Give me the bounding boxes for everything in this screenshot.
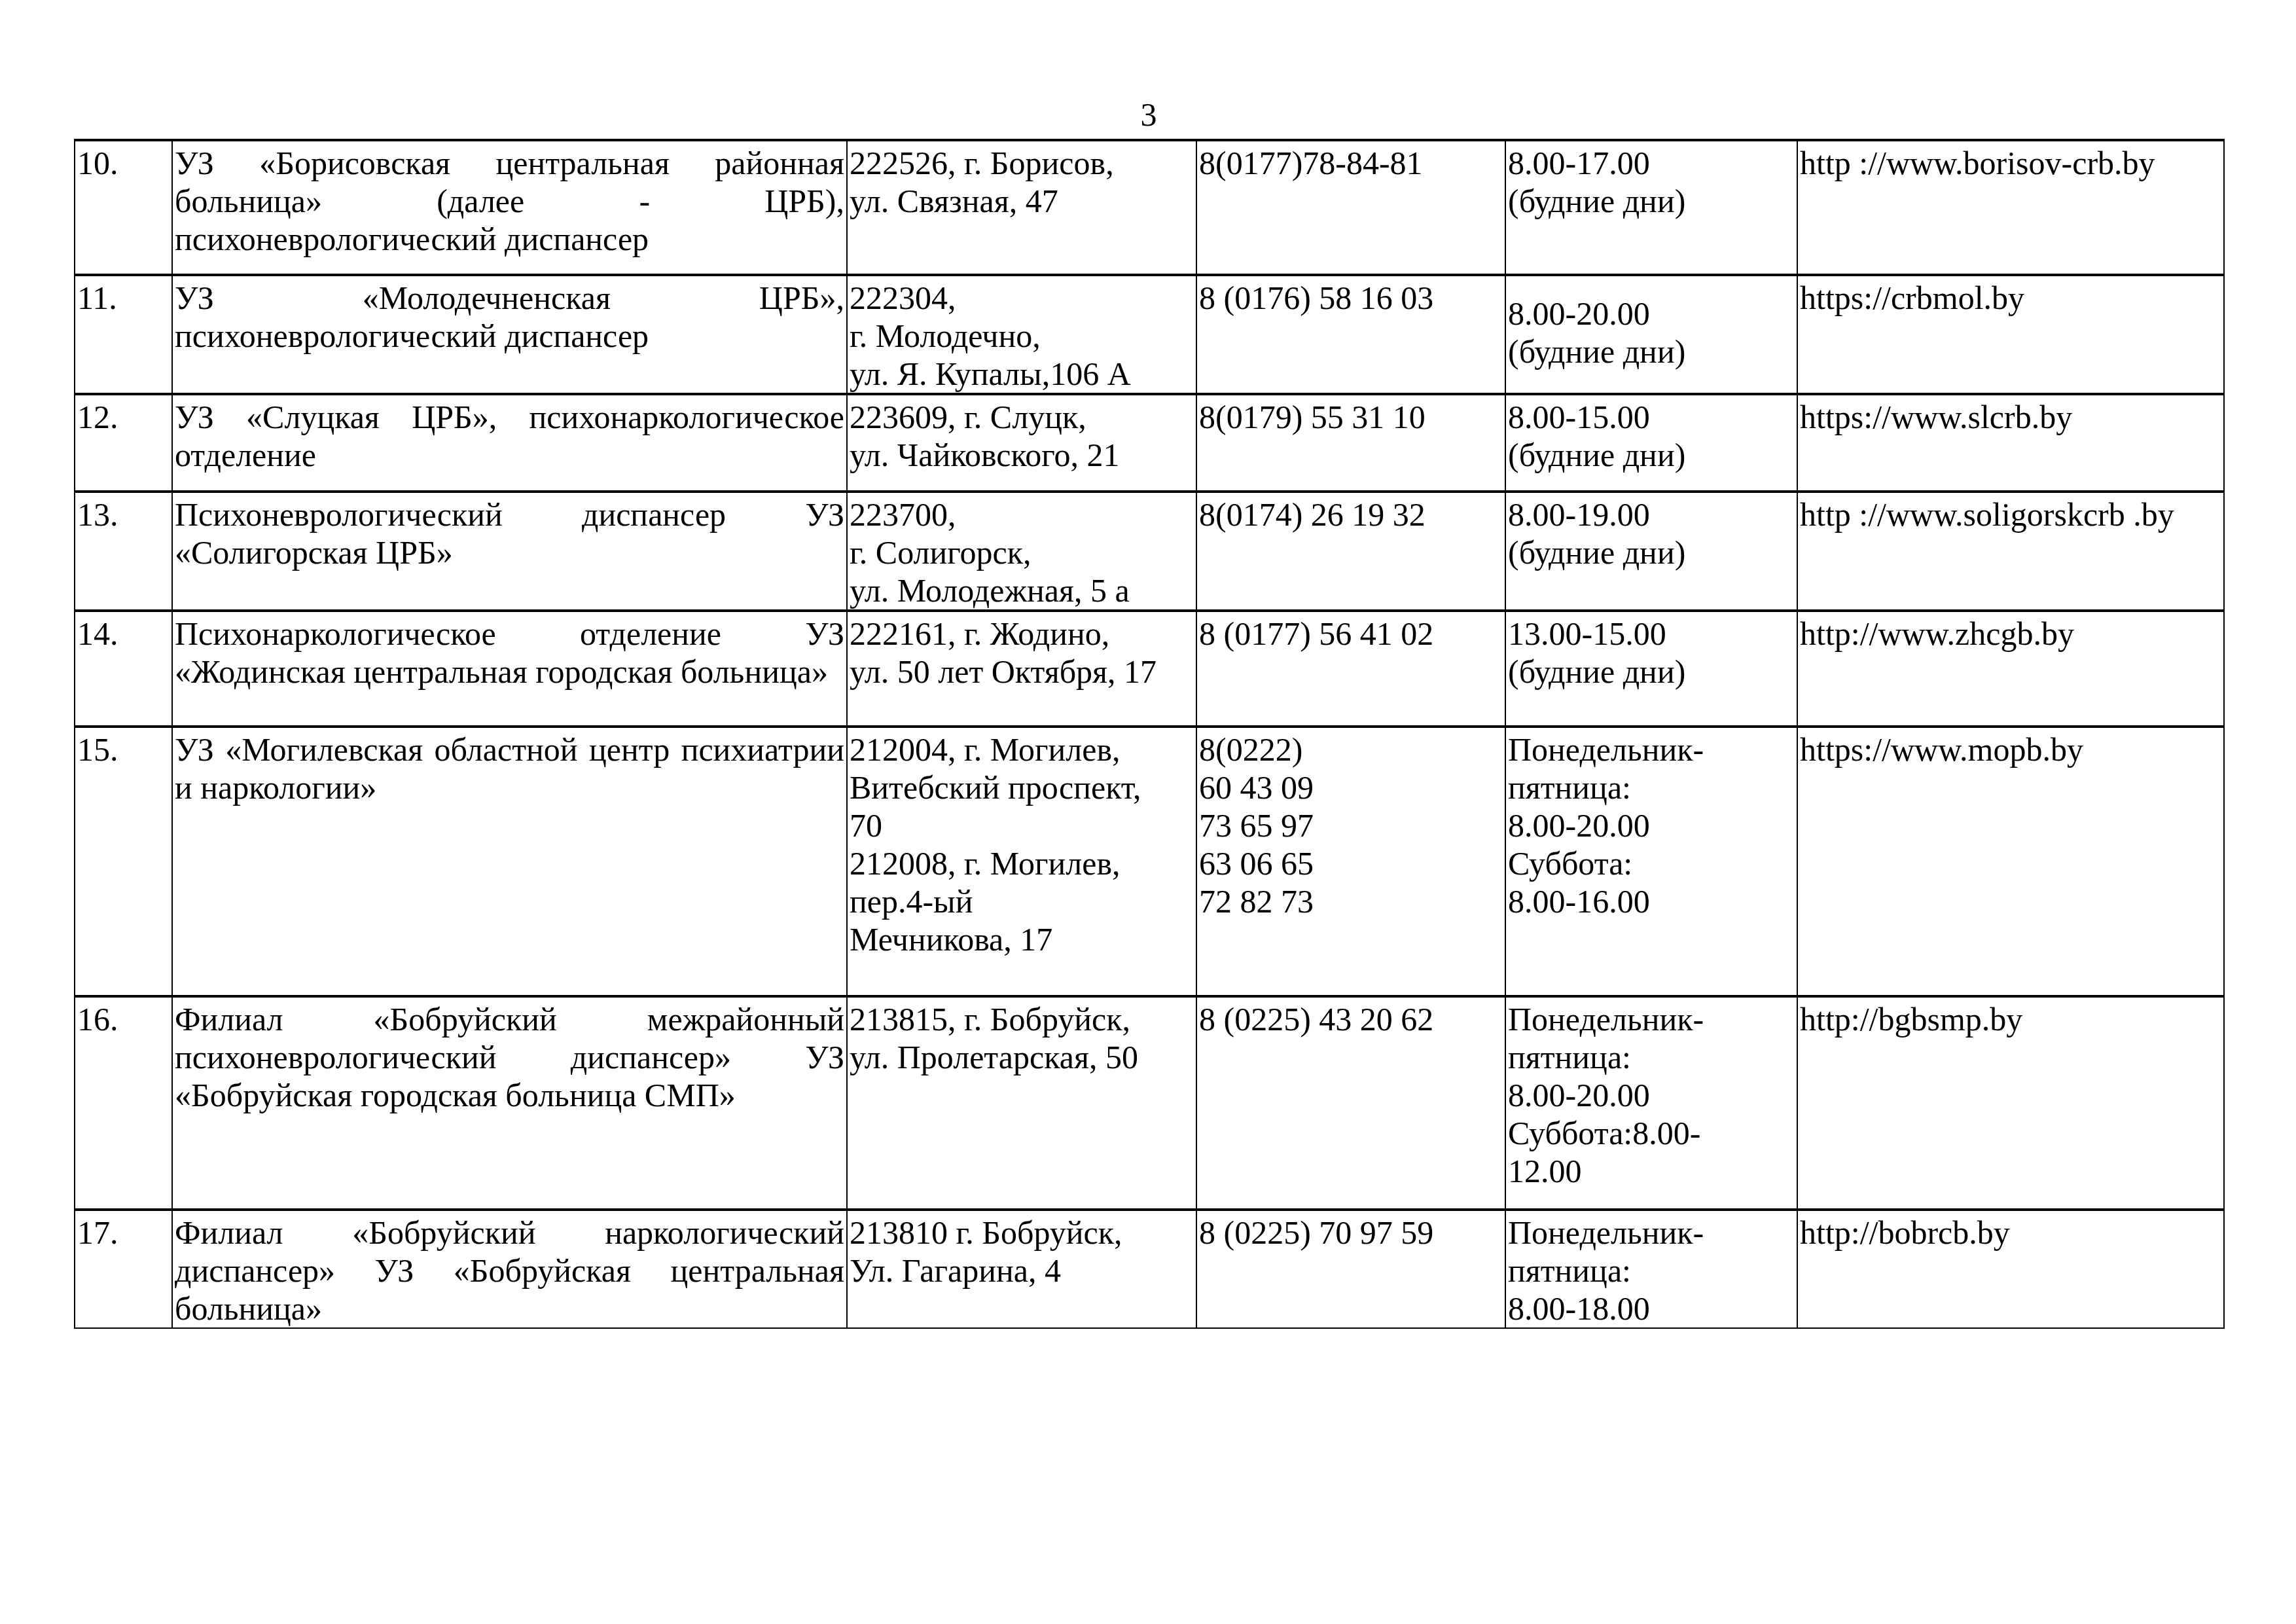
row-number: 13. — [77, 496, 118, 533]
phone-number: 8(0177)78-84-81 — [1199, 144, 1503, 182]
institution-name-cell: Психонаркологическое отделение УЗ «Жодин… — [172, 611, 847, 727]
website-cell: https://www.mopb.by — [1797, 727, 2224, 996]
working-hours-cell: 8.00-20.00(будние дни) — [1505, 275, 1797, 394]
working-hours-line: 8.00-16.00 — [1508, 882, 1795, 920]
address-line: ул. Чайковского, 21 — [850, 436, 1194, 474]
working-hours-cell: 8.00-19.00(будние дни) — [1505, 492, 1797, 611]
address-line: ул. Связная, 47 — [850, 182, 1194, 220]
working-hours-line: (будние дни) — [1508, 653, 1795, 691]
phone-cell: 8(0179) 55 31 10 — [1196, 394, 1505, 492]
website-cell: http://bobrcb.by — [1797, 1210, 2224, 1328]
working-hours-line: 8.00-15.00 — [1508, 398, 1795, 436]
working-hours-line: 8.00-17.00 — [1508, 144, 1795, 182]
institution-name-cell: УЗ «Борисовская центральная районная бол… — [172, 140, 847, 275]
address-line: 223700, — [850, 496, 1194, 533]
working-hours-line: пятница: — [1508, 1252, 1795, 1290]
institution-name-cell: Психоневрологический диспансер УЗ «Солиг… — [172, 492, 847, 611]
institution-name-cell: УЗ «Слуцкая ЦРБ», психонаркологическое о… — [172, 394, 847, 492]
page-number: 3 — [1113, 96, 1185, 134]
address-line: г. Молодечно, — [850, 317, 1194, 355]
working-hours-line: (будние дни) — [1508, 436, 1795, 474]
working-hours-line: пятница: — [1508, 1038, 1795, 1076]
phone-number: 8 (0225) 70 97 59 — [1199, 1214, 1503, 1252]
working-hours-line: 8.00-20.00 — [1508, 1076, 1795, 1114]
row-number-cell: 13. — [75, 492, 172, 611]
working-hours-line: 8.00-20.00 — [1508, 295, 1795, 333]
website-link[interactable]: https://www.slcrb.by — [1800, 398, 2221, 436]
working-hours-cell: 8.00-17.00(будние дни) — [1505, 140, 1797, 275]
working-hours-line: Понедельник- — [1508, 1000, 1795, 1038]
website-link[interactable]: http://bgbsmp.by — [1800, 1000, 2221, 1038]
address-cell: 213810 г. Бобруйск,Ул. Гагарина, 4 — [847, 1210, 1196, 1328]
working-hours-cell: 13.00-15.00(будние дни) — [1505, 611, 1797, 727]
address-line: 213815, г. Бобруйск, — [850, 1000, 1194, 1038]
institution-name: Филиал «Бобруйский межрайонный психоневр… — [175, 1001, 844, 1113]
working-hours-line: 8.00-20.00 — [1508, 806, 1795, 844]
institution-name-cell: Филиал «Бобруйский наркологический диспа… — [172, 1210, 847, 1328]
working-hours-line: (будние дни) — [1508, 333, 1795, 370]
working-hours-line: Суббота: — [1508, 844, 1795, 882]
row-number: 17. — [77, 1214, 118, 1251]
address-line: ул. Я. Купалы,106 А — [850, 355, 1194, 393]
website-cell: https://www.slcrb.by — [1797, 394, 2224, 492]
address-cell: 222304,г. Молодечно,ул. Я. Купалы,106 А — [847, 275, 1196, 394]
address-line: Витебский проспект, — [850, 768, 1194, 806]
working-hours-cell: Понедельник-пятница:8.00-20.00Суббота:8.… — [1505, 996, 1797, 1210]
phone-number: 63 06 65 — [1199, 844, 1503, 882]
table-row: 14.Психонаркологическое отделение УЗ «Жо… — [75, 611, 2224, 727]
row-number: 14. — [77, 615, 118, 652]
address-cell: 222526, г. Борисов,ул. Связная, 47 — [847, 140, 1196, 275]
institution-name: Филиал «Бобруйский наркологический диспа… — [175, 1214, 844, 1327]
working-hours-line: 13.00-15.00 — [1508, 615, 1795, 653]
row-number-cell: 14. — [75, 611, 172, 727]
table-row: 11.УЗ «Молодечненская ЦРБ», психоневроло… — [75, 275, 2224, 394]
website-cell: https://crbmol.by — [1797, 275, 2224, 394]
table-body: 10.УЗ «Борисовская центральная районная … — [75, 140, 2224, 1328]
working-hours-line: Суббота:8.00- — [1508, 1114, 1795, 1152]
table-row: 17.Филиал «Бобруйский наркологический ди… — [75, 1210, 2224, 1328]
row-number-cell: 17. — [75, 1210, 172, 1328]
row-number-cell: 12. — [75, 394, 172, 492]
phone-number: 8(0222) — [1199, 731, 1503, 768]
phone-number: 8 (0177) 56 41 02 — [1199, 615, 1503, 653]
website-cell: http://bgbsmp.by — [1797, 996, 2224, 1210]
table-row: 16.Филиал «Бобруйский межрайонный психон… — [75, 996, 2224, 1210]
row-number-cell: 11. — [75, 275, 172, 394]
table-row: 13.Психоневрологический диспансер УЗ «Со… — [75, 492, 2224, 611]
address-cell: 223700,г. Солигорск,ул. Молодежная, 5 а — [847, 492, 1196, 611]
working-hours-line: Понедельник- — [1508, 731, 1795, 768]
institution-name: УЗ «Борисовская центральная районная бол… — [175, 145, 844, 257]
phone-cell: 8(0222)60 43 0973 65 9763 06 6572 82 73 — [1196, 727, 1505, 996]
website-cell: http ://www.borisov-crb.by — [1797, 140, 2224, 275]
phone-number: 8(0174) 26 19 32 — [1199, 496, 1503, 533]
working-hours-line: 8.00-19.00 — [1508, 496, 1795, 533]
phone-cell: 8 (0176) 58 16 03 — [1196, 275, 1505, 394]
phone-cell: 8(0174) 26 19 32 — [1196, 492, 1505, 611]
website-link[interactable]: http://bobrcb.by — [1800, 1214, 2221, 1252]
address-line: ул. 50 лет Октября, 17 — [850, 653, 1194, 691]
phone-number: 8(0179) 55 31 10 — [1199, 398, 1503, 436]
institution-name-cell: Филиал «Бобруйский межрайонный психоневр… — [172, 996, 847, 1210]
institution-name: УЗ «Слуцкая ЦРБ», психонаркологическое о… — [175, 399, 844, 473]
address-line: 70 — [850, 806, 1194, 844]
address-cell: 213815, г. Бобруйск,ул. Пролетарская, 50 — [847, 996, 1196, 1210]
working-hours-line: пятница: — [1508, 768, 1795, 806]
address-line: 222526, г. Борисов, — [850, 144, 1194, 182]
address-line: 222161, г. Жодино, — [850, 615, 1194, 653]
website-link[interactable]: http ://www.soligorskcrb .by — [1800, 496, 2221, 533]
institution-name: УЗ «Могилевская областной центр психиатр… — [175, 731, 844, 806]
working-hours-line: (будние дни) — [1508, 533, 1795, 571]
table-row: 10.УЗ «Борисовская центральная районная … — [75, 140, 2224, 275]
phone-cell: 8(0177)78-84-81 — [1196, 140, 1505, 275]
working-hours-line: (будние дни) — [1508, 182, 1795, 220]
institutions-table: 10.УЗ «Борисовская центральная районная … — [74, 139, 2225, 1329]
address-line: Ул. Гагарина, 4 — [850, 1252, 1194, 1290]
phone-cell: 8 (0225) 43 20 62 — [1196, 996, 1505, 1210]
working-hours-line: 8.00-18.00 — [1508, 1290, 1795, 1327]
working-hours-cell: 8.00-15.00(будние дни) — [1505, 394, 1797, 492]
address-line: 212004, г. Могилев, — [850, 731, 1194, 768]
institution-name: Психонаркологическое отделение УЗ «Жодин… — [175, 615, 844, 690]
website-link[interactable]: https://www.mopb.by — [1800, 731, 2221, 768]
address-line: пер.4-ый — [850, 882, 1194, 920]
address-cell: 222161, г. Жодино,ул. 50 лет Октября, 17 — [847, 611, 1196, 727]
row-number-cell: 15. — [75, 727, 172, 996]
working-hours-line: Понедельник- — [1508, 1214, 1795, 1252]
address-line: 212008, г. Могилев, — [850, 844, 1194, 882]
row-number: 16. — [77, 1001, 118, 1038]
address-line: ул. Молодежная, 5 а — [850, 571, 1194, 609]
phone-number: 72 82 73 — [1199, 882, 1503, 920]
working-hours-line: 12.00 — [1508, 1152, 1795, 1190]
address-line: 222304, — [850, 279, 1194, 317]
institution-name-cell: УЗ «Молодечненская ЦРБ», психоневрологич… — [172, 275, 847, 394]
phone-cell: 8 (0225) 70 97 59 — [1196, 1210, 1505, 1328]
phone-number: 73 65 97 — [1199, 806, 1503, 844]
address-cell: 223609, г. Слуцк,ул. Чайковского, 21 — [847, 394, 1196, 492]
address-cell: 212004, г. Могилев,Витебский проспект,70… — [847, 727, 1196, 996]
institution-name: Психоневрологический диспансер УЗ «Солиг… — [175, 496, 844, 571]
address-line: ул. Пролетарская, 50 — [850, 1038, 1194, 1076]
table-row: 12.УЗ «Слуцкая ЦРБ», психонаркологическо… — [75, 394, 2224, 492]
working-hours-cell: Понедельник-пятница:8.00-20.00Суббота:8.… — [1505, 727, 1797, 996]
phone-number: 60 43 09 — [1199, 768, 1503, 806]
phone-cell: 8 (0177) 56 41 02 — [1196, 611, 1505, 727]
address-line: Мечникова, 17 — [850, 920, 1194, 958]
website-link[interactable]: https://crbmol.by — [1800, 279, 2221, 317]
institution-name: УЗ «Молодечненская ЦРБ», психоневрологич… — [175, 280, 844, 354]
phone-number: 8 (0176) 58 16 03 — [1199, 279, 1503, 317]
address-line: 223609, г. Слуцк, — [850, 398, 1194, 436]
website-link[interactable]: http ://www.borisov-crb.by — [1800, 144, 2221, 182]
institution-name-cell: УЗ «Могилевская областной центр психиатр… — [172, 727, 847, 996]
address-line: 213810 г. Бобруйск, — [850, 1214, 1194, 1252]
row-number-cell: 16. — [75, 996, 172, 1210]
working-hours-cell: Понедельник-пятница:8.00-18.00 — [1505, 1210, 1797, 1328]
table-row: 15.УЗ «Могилевская областной центр психи… — [75, 727, 2224, 996]
website-cell: http ://www.soligorskcrb .by — [1797, 492, 2224, 611]
row-number: 11. — [77, 280, 117, 316]
address-line: г. Солигорск, — [850, 533, 1194, 571]
phone-number: 8 (0225) 43 20 62 — [1199, 1000, 1503, 1038]
row-number: 12. — [77, 399, 118, 435]
website-cell: http://www.zhcgb.by — [1797, 611, 2224, 727]
row-number-cell: 10. — [75, 140, 172, 275]
row-number: 15. — [77, 731, 118, 768]
row-number: 10. — [77, 145, 118, 181]
website-link[interactable]: http://www.zhcgb.by — [1800, 615, 2221, 653]
